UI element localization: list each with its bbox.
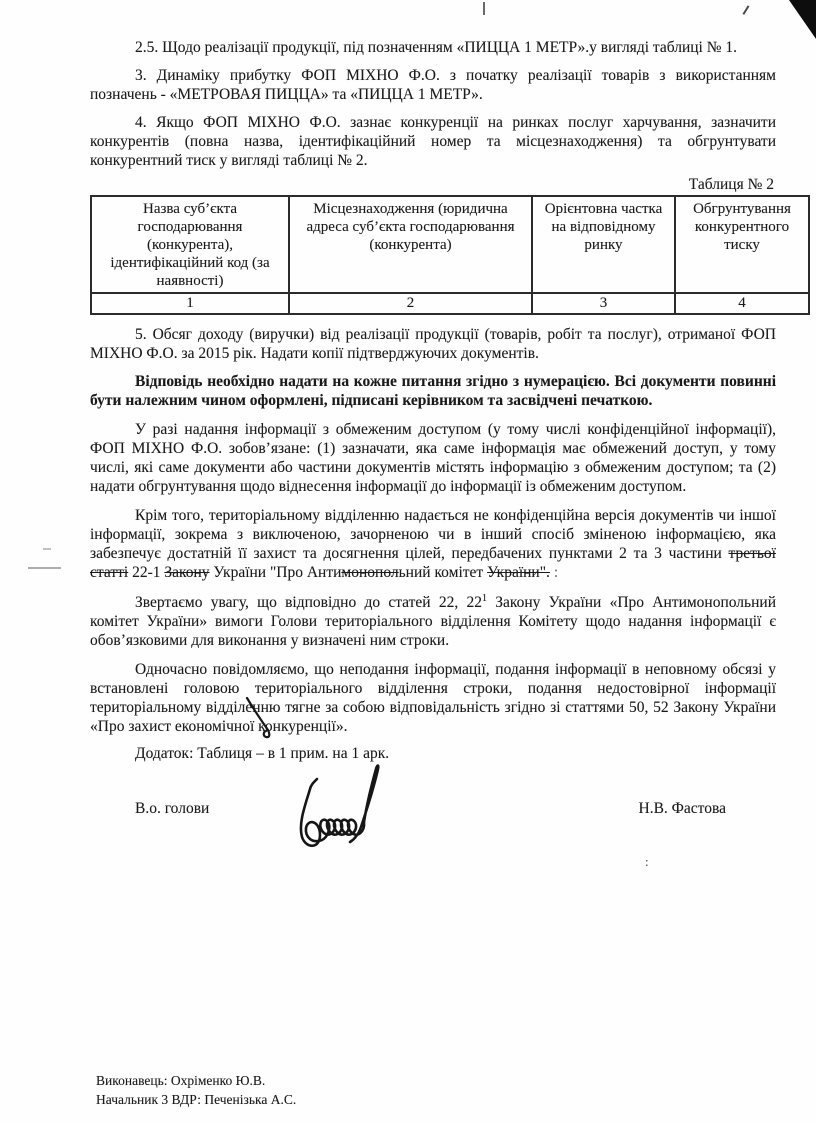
table-header-cell-name: Назва суб’єкта господарювання (конкурент…	[91, 196, 289, 293]
table-number-cell-2: 2	[289, 293, 532, 314]
document-footer: Виконавець: Охріменко Ю.В. Начальник 3 В…	[96, 1072, 296, 1109]
signer-position: В.о. голови	[135, 799, 209, 818]
table-number-cell-1: 1	[91, 293, 289, 314]
pen-stroke-mark	[240, 696, 282, 744]
document-body: 2.5. Щодо реалізації продукції, під позн…	[90, 0, 776, 818]
footer-chief: Начальник 3 ВДР: Печенізька А.С.	[96, 1091, 296, 1110]
paragraph-liability: Одночасно повідомляємо, що неподання інф…	[90, 660, 776, 736]
signature-block: В.о. голови Н.В. Фастова	[90, 799, 776, 818]
table-header-cell-location: Місцезнаходження (юридична адреса суб’єк…	[289, 196, 532, 293]
attachment-note: Додаток: Таблиця – в 1 прим. на 1 арк.	[90, 744, 776, 763]
footer-executor: Виконавець: Охріменко Ю.В.	[96, 1072, 296, 1091]
competitors-table: Назва суб’єкта господарювання (конкурент…	[90, 195, 810, 315]
paragraph-4: 4. Якщо ФОП МІХНО Ф.О. зазнає конкуренці…	[90, 113, 776, 170]
odnochasno-text: Одночасно повідомляємо, що неподання інф…	[90, 661, 776, 735]
table-caption: Таблиця № 2	[90, 175, 776, 194]
table-header-row: Назва суб’єкта господарювання (конкурент…	[91, 196, 809, 293]
paragraph-non-confidential-version: Крім того, територіальному відділенню на…	[90, 506, 776, 582]
table-number-cell-3: 3	[532, 293, 675, 314]
paragraph-attention: Звертаємо увагу, що відповідно до статей…	[90, 593, 776, 650]
table-header-cell-justification: Обгрунтування конкурентного тиску	[675, 196, 809, 293]
margin-dash-artifact	[28, 567, 61, 569]
paragraph-5: 5. Обсяг доходу (виручки) від реалізації…	[90, 325, 776, 363]
table-number-row: 1 2 3 4	[91, 293, 809, 314]
paragraph-bold-notice: Відповідь необхідно надати на кожне пита…	[90, 372, 776, 410]
table-number-cell-4: 4	[675, 293, 809, 314]
paragraph-3: 3. Динаміку прибутку ФОП МІХНО Ф.О. з по…	[90, 66, 776, 104]
paragraph-2-5: 2.5. Щодо реалізації продукції, під позн…	[90, 38, 776, 57]
corner-fold-artifact	[789, 0, 816, 39]
margin-dot-artifact	[43, 548, 51, 550]
signature-scribble	[283, 757, 425, 853]
krim-struck-3: монопол	[341, 564, 398, 581]
krim-mid-1: 22-1	[128, 564, 164, 581]
krim-mid-3: ьний комітет	[399, 564, 487, 581]
table-header-cell-share: Орієнтовна частка на відповідному ринку	[532, 196, 675, 293]
krim-struck-4: України".	[487, 564, 550, 581]
colon-mark-artifact: :	[645, 854, 649, 870]
krim-lead: Крім того, територіальному відділенню на…	[90, 507, 776, 562]
signer-name: Н.В. Фастова	[639, 799, 726, 818]
scanned-document-page: : 2.5. Щодо реалізації продукції, під по…	[0, 0, 816, 1123]
krim-mid-2: України "Про Анти	[210, 564, 342, 581]
krim-tail: :	[550, 564, 558, 581]
zvert-pre: Звертаємо увагу, що відповідно до статей…	[135, 594, 482, 611]
krim-struck-2: Закону	[164, 564, 209, 581]
paragraph-restricted-access: У разі надання інформації з обмеженим до…	[90, 420, 776, 496]
